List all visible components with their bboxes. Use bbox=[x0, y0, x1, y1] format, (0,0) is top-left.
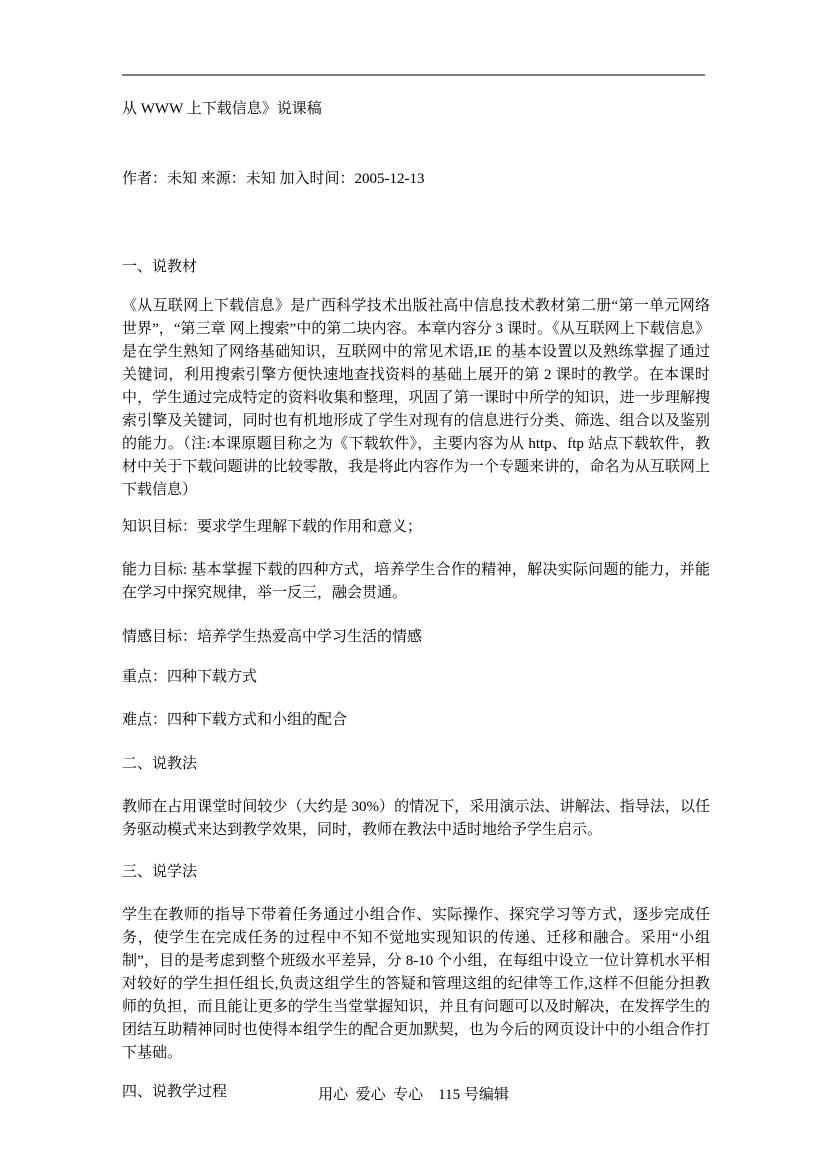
page-footer: 用心 爱心 专心 115 号编辑 bbox=[0, 1084, 827, 1107]
paragraph-learning-method: 学生在教师的指导下带着任务通过小组合作、实际操作、探究学习等方式，逐步完成任务，… bbox=[122, 904, 710, 1065]
paragraph-ability-goal: 能力目标: 基本掌握下载的四种方式，培养学生合作的精神，解决实际问题的能力，并能… bbox=[122, 559, 710, 605]
document-page: 从 WWW 上下载信息》说课稿 作者：未知 来源：未知 加入时间：2005-12… bbox=[0, 0, 827, 1170]
section-heading-textbook: 一、说教材 bbox=[122, 256, 710, 279]
paragraph-knowledge-goal: 知识目标：要求学生理解下载的作用和意义； bbox=[122, 516, 710, 539]
paragraph-affective-goal: 情感目标：培养学生热爱高中学习生活的情感 bbox=[122, 626, 710, 649]
paragraph-teaching-method: 教师在占用课堂时间较少（大约是 30%）的情况下，采用演示法、讲解法、指导法，以… bbox=[122, 796, 710, 842]
section-heading-learning-method: 三、说学法 bbox=[122, 861, 710, 884]
document-title: 从 WWW 上下载信息》说课稿 bbox=[122, 98, 710, 121]
document-content: 从 WWW 上下载信息》说课稿 作者：未知 来源：未知 加入时间：2005-12… bbox=[122, 0, 710, 1104]
header-rule bbox=[122, 74, 705, 76]
paragraph-key-point: 重点：四种下载方式 bbox=[122, 666, 710, 689]
section-heading-teaching-method: 二、说教法 bbox=[122, 753, 710, 776]
byline: 作者：未知 来源：未知 加入时间：2005-12-13 bbox=[122, 168, 710, 191]
paragraph-textbook-analysis: 《从互联网上下载信息》是广西科学技术出版社高中信息技术教材第二册“第一单元网络世… bbox=[122, 295, 710, 502]
paragraph-difficult-point: 难点：四种下载方式和小组的配合 bbox=[122, 709, 710, 732]
